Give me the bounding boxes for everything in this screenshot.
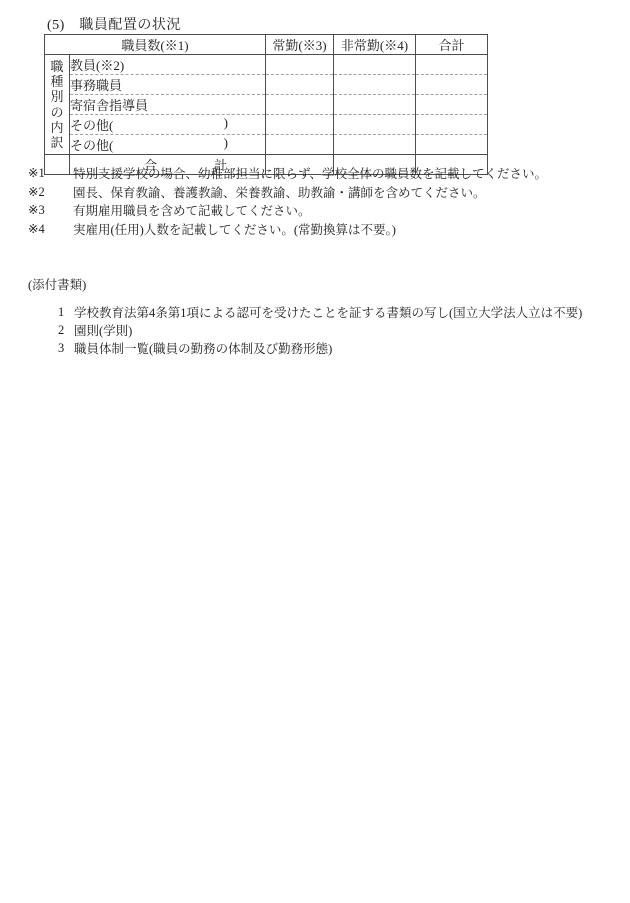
cell-teachers-total [416,55,488,75]
attachment-1-text: 学校教育法第4条第1項による認可を受けたことを証する書類の写し(国立大学法人立は… [74,303,582,321]
header-full-time: 常勤(※3) [266,35,334,55]
note-4-text: 実雇用(任用)人数を記載してください。(常勤換算は不要。) [73,220,396,238]
table-row-other-1: その他( ) [45,115,488,135]
document-page: (5) 職員配置の状況 職員数(※1) 常勤(※3) 非常勤(※4) 合計 職種… [0,0,630,903]
cell-teachers-part-time [334,55,416,75]
table-row-teachers: 職種別の内訳 教員(※2) [45,55,488,75]
attachment-3-text: 職員体制一覧(職員の勤務の体制及び勤務形態) [74,339,332,357]
header-staff-count: 職員数(※1) [45,35,266,55]
row-label-office-staff: 事務職員 [70,75,266,95]
cell-other-1-full-time [266,115,334,135]
cell-office-part-time [334,75,416,95]
note-3-text: 有期雇用職員を含めて記載してください。 [73,201,311,219]
cell-office-total [416,75,488,95]
table-row-dormitory-staff: 寄宿舎指導員 [45,95,488,115]
note-2-text: 園長、保育教諭、養護教諭、栄養教諭、助教諭・講師を含めてください。 [73,183,486,201]
attachment-item-3: 3 職員体制一覧(職員の勤務の体制及び勤務形態) [28,339,582,357]
other-1-paren-close: ) [224,115,228,134]
note-2-marker: ※2 [28,184,73,200]
note-3: ※3 有期雇用職員を含めて記載してください。 [28,201,547,220]
other-1-label: その他( [70,115,113,134]
cell-other-1-part-time [334,115,416,135]
table-row-other-2: その他( ) [45,135,488,155]
cell-other-2-full-time [266,135,334,155]
cell-other-2-total [416,135,488,155]
category-label: 職種別の内訳 [50,59,65,151]
note-4: ※4 実雇用(任用)人数を記載してください。(常勤換算は不要。) [28,220,547,239]
attachment-item-2: 2 園則(学則) [28,321,582,339]
attachment-1-number: 1 [58,305,74,320]
other-2-label: その他( [70,135,113,154]
header-total: 合計 [416,35,488,55]
page-title: (5) 職員配置の状況 [47,14,181,34]
attachment-2-number: 2 [58,323,74,338]
attachment-2-text: 園則(学則) [74,321,132,339]
cell-dormitory-part-time [334,95,416,115]
note-4-marker: ※4 [28,221,73,237]
footnotes: ※1 特別支援学校の場合、幼稚部担当に限らず、学校全体の職員数を記載してください… [28,164,547,238]
staff-table: 職員数(※1) 常勤(※3) 非常勤(※4) 合計 職種別の内訳 教員(※2) … [44,34,488,175]
row-label-other-2: その他( ) [70,135,266,155]
attachments-section: (添付書類) 1 学校教育法第4条第1項による認可を受けたことを証する書類の写し… [28,275,582,357]
cell-other-1-total [416,115,488,135]
cell-teachers-full-time [266,55,334,75]
cell-dormitory-full-time [266,95,334,115]
note-2: ※2 園長、保育教諭、養護教諭、栄養教諭、助教諭・講師を含めてください。 [28,183,547,202]
attachments-list: 1 学校教育法第4条第1項による認可を受けたことを証する書類の写し(国立大学法人… [28,303,582,357]
attachments-heading: (添付書類) [28,275,582,294]
note-1: ※1 特別支援学校の場合、幼稚部担当に限らず、学校全体の職員数を記載してください… [28,164,547,183]
cell-dormitory-total [416,95,488,115]
other-2-paren-close: ) [224,135,228,154]
note-3-marker: ※3 [28,202,73,218]
row-label-other-1: その他( ) [70,115,266,135]
header-part-time: 非常勤(※4) [334,35,416,55]
row-label-dormitory-staff: 寄宿舎指導員 [70,95,266,115]
note-1-marker: ※1 [28,165,73,181]
attachment-3-number: 3 [58,341,74,356]
row-label-teachers: 教員(※2) [70,55,266,75]
cell-other-2-part-time [334,135,416,155]
cell-office-full-time [266,75,334,95]
attachment-item-1: 1 学校教育法第4条第1項による認可を受けたことを証する書類の写し(国立大学法人… [28,303,582,321]
table-row-office-staff: 事務職員 [45,75,488,95]
category-cell: 職種別の内訳 [45,55,70,155]
table-header-row: 職員数(※1) 常勤(※3) 非常勤(※4) 合計 [45,35,488,55]
note-1-text: 特別支援学校の場合、幼稚部担当に限らず、学校全体の職員数を記載してください。 [73,164,547,182]
